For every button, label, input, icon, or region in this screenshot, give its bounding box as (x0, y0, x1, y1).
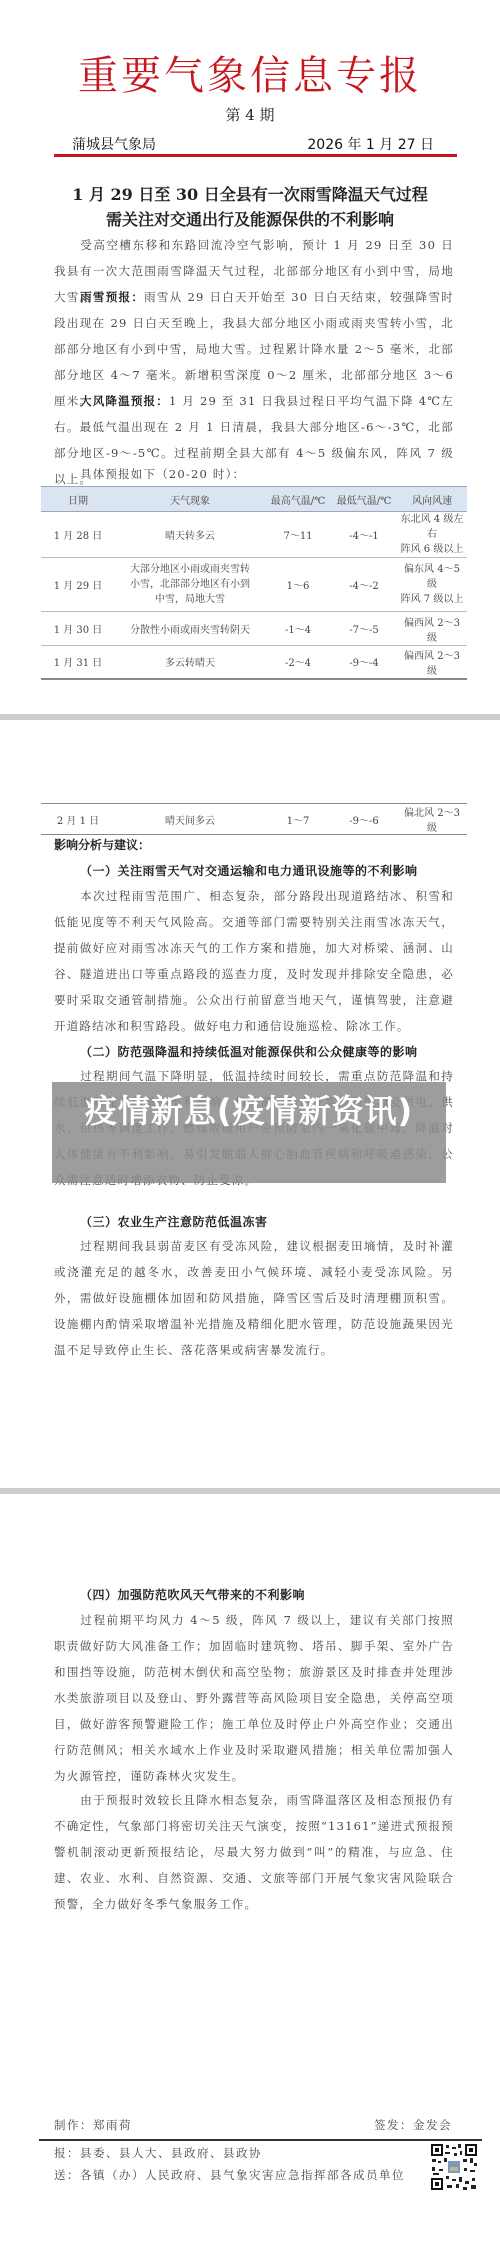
cell-weather-line: 中雪，局地大雪 (117, 592, 263, 607)
table-row: 1 月 30 日 分散性小雨或雨夹雪转阴天 -1～4 -7～-5 偏西风 2～3… (41, 612, 467, 646)
cell-date: 2 月 1 日 (41, 804, 115, 835)
headline-line-1: 1 月 29 日至 30 日全县有一次雨雪降温天气过程 (0, 182, 500, 205)
section-body: 过程前期平均风力 4～5 级，阵风 7 级以上，建议有关部门按照职责做好防大风准… (54, 1613, 454, 1783)
page-break (0, 1488, 500, 1494)
closing-text: 由于预报时效较长且降水相态复杂，雨雪降温落区及相态预报仍有不确定性，气象部门将密… (54, 1793, 454, 1911)
cell-low: -7～-5 (331, 612, 397, 646)
forecast-table: 日期 天气现象 最高气温/℃ 最低气温/℃ 风向风速 1 月 28 日 晴天转多… (41, 486, 467, 680)
cell-low: -9～-6 (331, 804, 397, 835)
cell-wind: 偏西风 2～3 级 (397, 612, 467, 646)
headline-line-2: 需关注对交通出行及能源保供的不利影响 (0, 207, 500, 230)
report-date: 2026 年 1 月 27 日 (307, 134, 434, 154)
wind-forecast-label: 大风降温预报： (80, 394, 169, 408)
header-wind: 风向风速 (397, 487, 467, 512)
cell-wind-line: 东北风 4 级左右 (399, 512, 465, 542)
section-heading-1: （一）关注雨雪天气对交通运输和电力通讯设施等的不利影响 (80, 862, 418, 879)
section-body: 过程期间我县弱苗麦区有受冻风险，建议根据麦田墒情，及时补灌或浇灌充足的越冬水，改… (54, 1239, 454, 1357)
cell-high: -1～4 (265, 612, 331, 646)
cell-weather: 晴天间多云 (115, 804, 265, 835)
cell-weather: 晴天转多云 (115, 512, 265, 558)
cell-high: -2～4 (265, 646, 331, 679)
cell-high: 1～7 (265, 804, 331, 835)
section-body: 本次过程雨雪范围广、相态复杂，部分路段出现道路结冰、积雪和低能见度等不利天气风险… (54, 889, 454, 1033)
cell-weather: 大部分地区小雨或雨夹雪转 小雪，北部部分地区有小到 中雪，局地大雪 (115, 558, 265, 612)
cell-date: 1 月 30 日 (41, 612, 115, 646)
cell-weather: 分散性小雨或雨夹雪转阴天 (115, 612, 265, 646)
signer: 签发：金发会 (374, 2117, 452, 2133)
table-row: 1 月 31 日 多云转晴天 -2～4 -9～-4 偏西风 2～3 级 (41, 646, 467, 679)
table-intro: 具体预报如下（20-20 时）： (54, 465, 454, 483)
cell-high: 1～6 (265, 558, 331, 612)
table-header-row: 日期 天气现象 最高气温/℃ 最低气温/℃ 风向风速 (41, 487, 467, 512)
section-heading-2: （二）防范强降温和持续低温对能源保供和公众健康等的影响 (80, 1043, 418, 1060)
cell-wind-line: 偏东风 4～5 级 (399, 562, 465, 592)
report-title: 重要气象信息专报 (0, 44, 500, 101)
closing-paragraph: 由于预报时效较长且降水相态复杂，雨雪降温落区及相态预报仍有不确定性，气象部门将密… (54, 1787, 454, 1917)
section-text-1: 本次过程雨雪范围广、相态复杂，部分路段出现道路结冰、积雪和低能见度等不利天气风险… (54, 883, 454, 1039)
table-row: 2 月 1 日 晴天间多云 1～7 -9～-6 偏北风 2～3 级 (41, 804, 467, 835)
cell-date: 1 月 31 日 (41, 646, 115, 679)
section-heading-3: （三）农业生产注意防范低温冻害 (80, 1213, 268, 1230)
table-intro-text: 具体预报如下（20-20 时）： (80, 467, 245, 481)
cell-low: -4～-1 (331, 512, 397, 558)
send-to: 送：各镇（办）人民政府、县气象灾害应急指挥部各成员单位 (54, 2167, 405, 2183)
cell-wind-line: 阵风 7 级以上 (399, 592, 465, 607)
cell-low: -9～-4 (331, 646, 397, 679)
section-heading-4: （四）加强防范吹风天气带来的不利影响 (80, 1586, 305, 1603)
cell-wind: 偏东风 4～5 级 阵风 7 级以上 (397, 558, 467, 612)
cell-wind: 东北风 4 级左右 阵风 6 级以上 (397, 512, 467, 558)
section-text-4: 过程前期平均风力 4～5 级，阵风 7 级以上，建议有关部门按照职责做好防大风准… (54, 1607, 454, 1789)
cell-weather-line: 大部分地区小雨或雨夹雪转 (117, 562, 263, 577)
forecast-table-continued: 2 月 1 日 晴天间多云 1～7 -9～-6 偏北风 2～3 级 (41, 803, 467, 835)
header-date: 日期 (41, 487, 115, 512)
cell-date: 1 月 29 日 (41, 558, 115, 612)
footer-divider (39, 2139, 482, 2141)
cell-wind: 偏西风 2～3 级 (397, 646, 467, 679)
cell-weather-line: 小雪，北部部分地区有小到 (117, 577, 263, 592)
cell-wind: 偏北风 2～3 级 (397, 804, 467, 835)
organization: 蒲城县气象局 (72, 134, 156, 154)
header-weather: 天气现象 (115, 487, 265, 512)
qr-code-icon (430, 2143, 478, 2191)
report-to: 报：县委、县人大、县政府、县政协 (54, 2145, 262, 2161)
cell-low: -4～-2 (331, 558, 397, 612)
table-row: 1 月 29 日 大部分地区小雨或雨夹雪转 小雪，北部部分地区有小到 中雪，局地… (41, 558, 467, 612)
author: 制作：郑雨荷 (54, 2117, 132, 2133)
table-row: 1 月 28 日 晴天转多云 7～11 -4～-1 东北风 4 级左右 阵风 6… (41, 512, 467, 558)
header-low: 最低气温/℃ (331, 487, 397, 512)
header-divider (54, 154, 457, 157)
section-text-3: 过程期间我县弱苗麦区有受冻风险，建议根据麦田墒情，及时补灌或浇灌充足的越冬水，改… (54, 1233, 454, 1363)
overlay-banner-text: 疫情新息(疫情新资讯) (52, 1090, 446, 1132)
header-high: 最高气温/℃ (265, 487, 331, 512)
cell-high: 7～11 (265, 512, 331, 558)
cell-date: 1 月 28 日 (41, 512, 115, 558)
issue-number: 第 4 期 (0, 104, 500, 125)
analysis-title: 影响分析与建议： (54, 836, 150, 853)
snow-forecast-label: 雨雪预报： (80, 290, 144, 304)
cell-wind-line: 阵风 6 级以上 (399, 542, 465, 557)
page-break (0, 714, 500, 720)
cell-weather: 多云转晴天 (115, 646, 265, 679)
